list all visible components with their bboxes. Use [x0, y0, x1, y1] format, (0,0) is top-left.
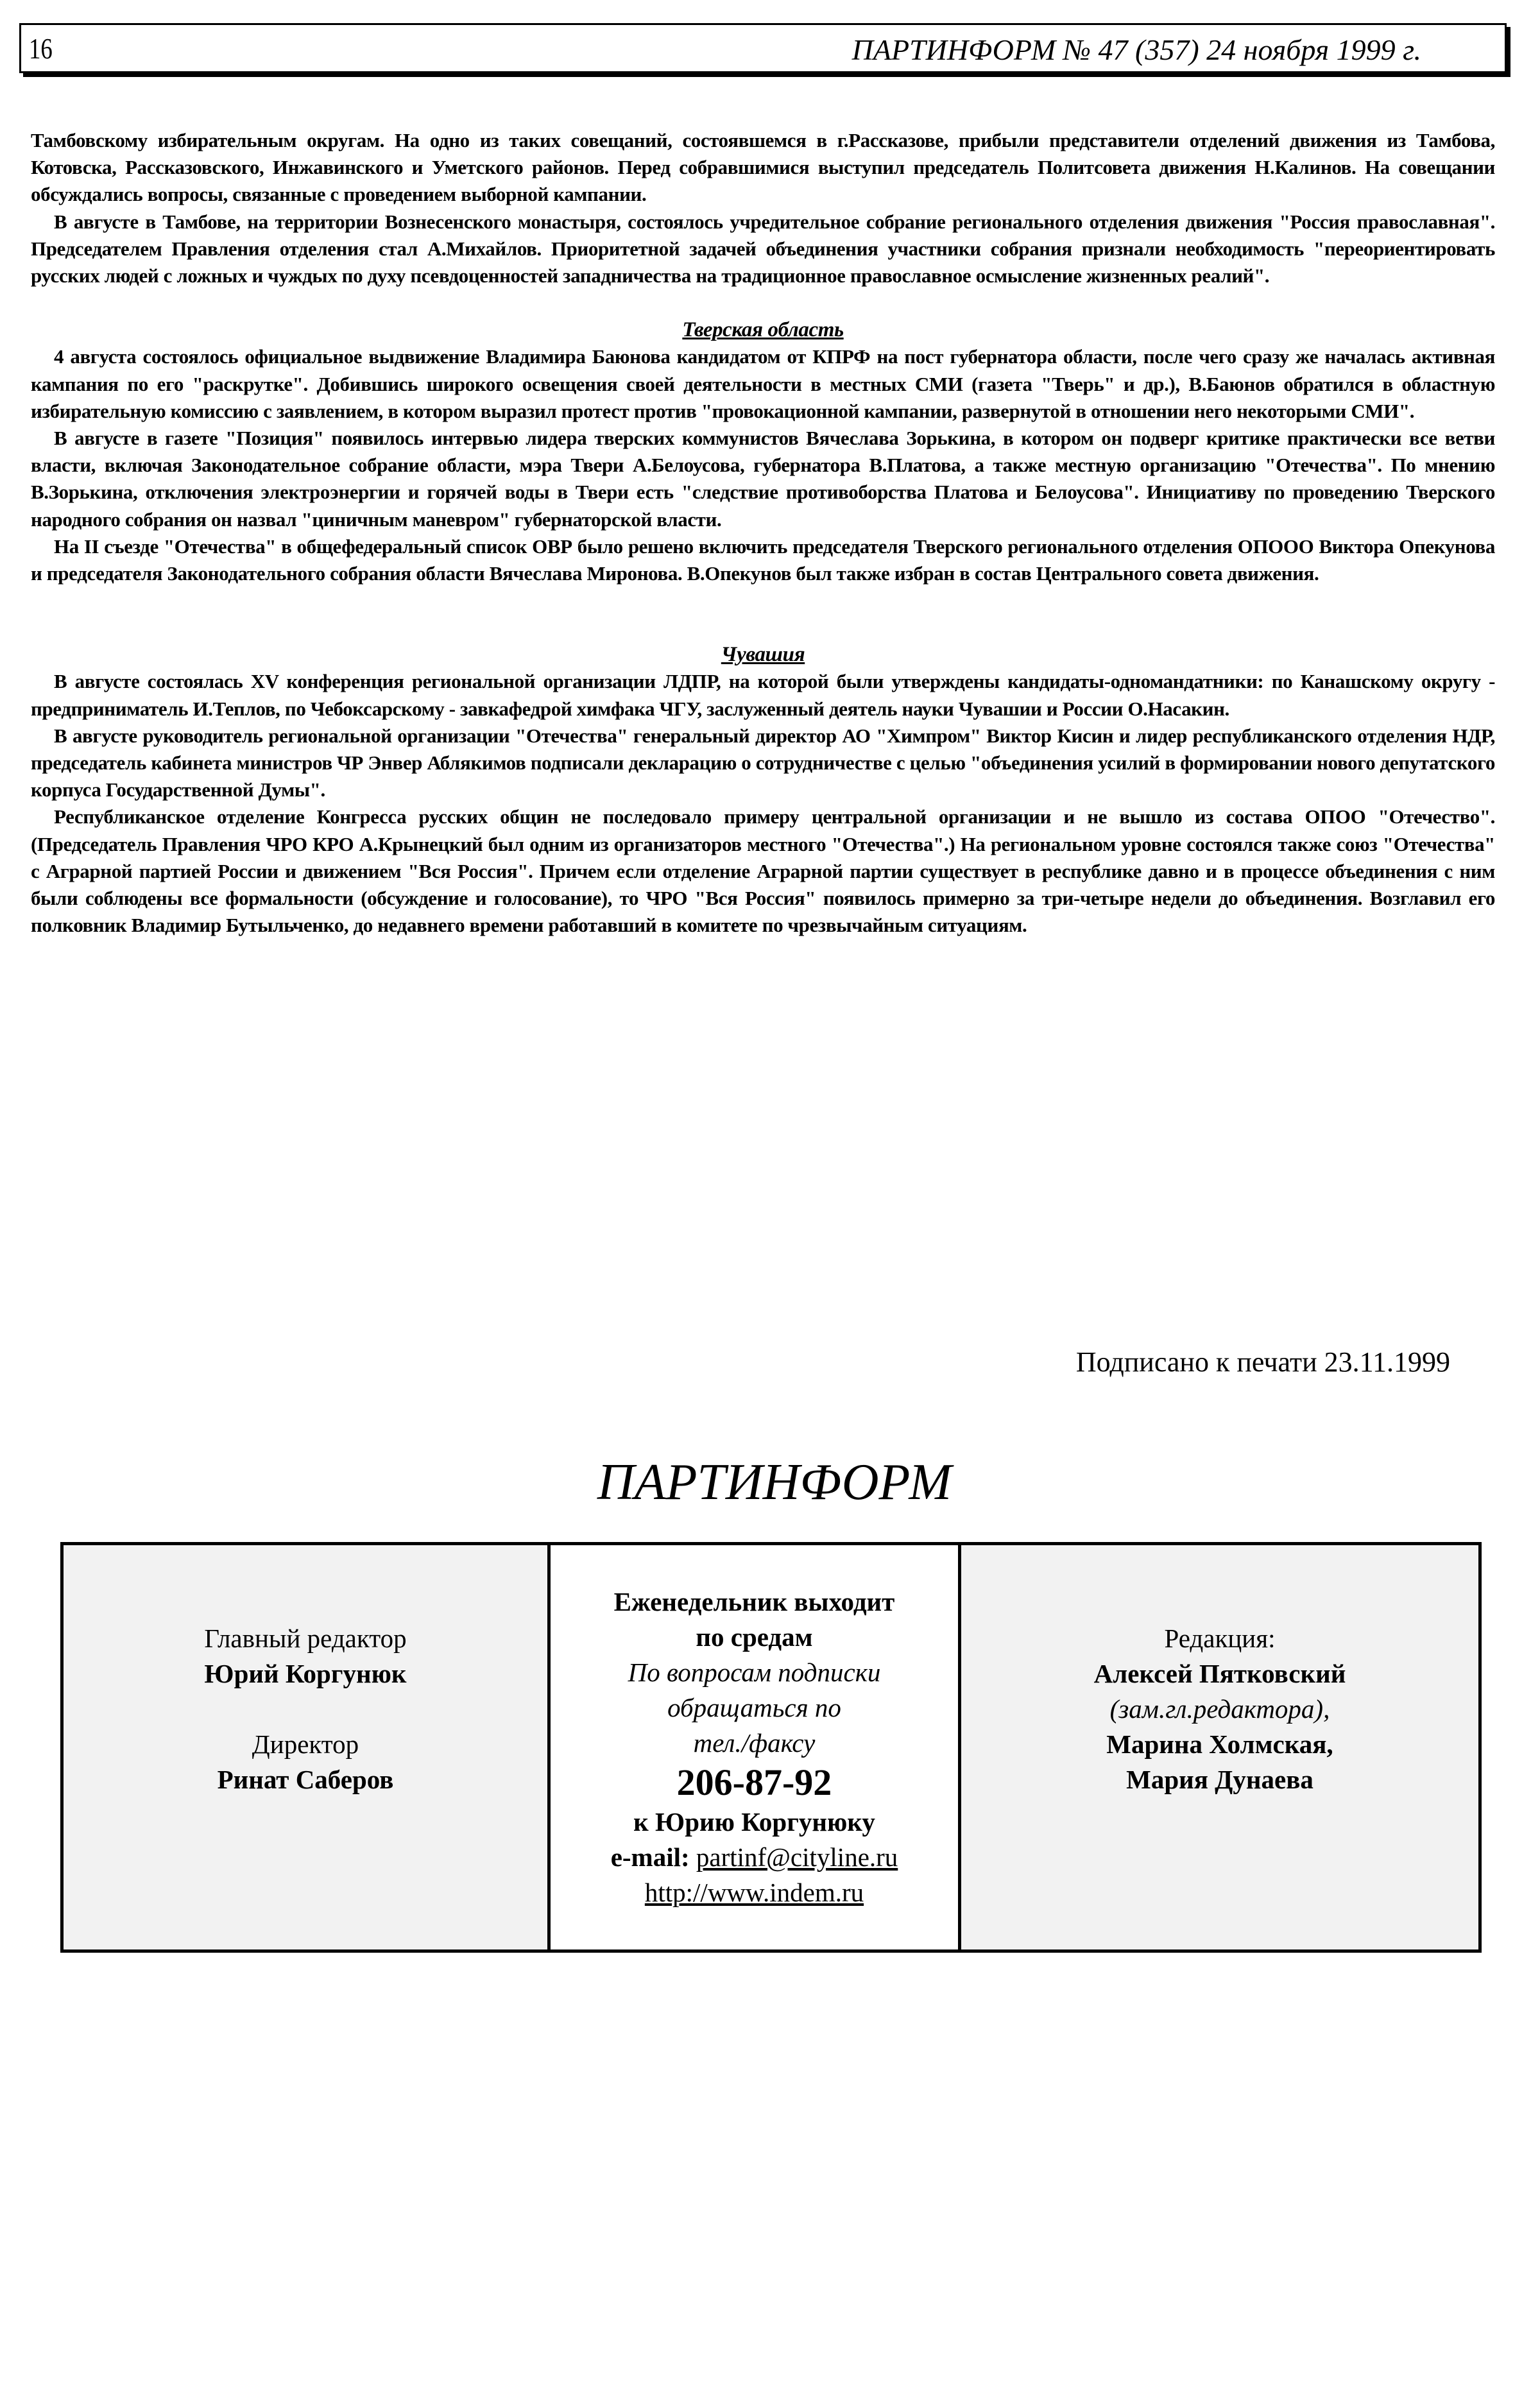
- schedule-line1: Еженедельник выходит: [614, 1584, 895, 1620]
- issue-title: ПАРТИНФОРМ № 47 (357) 24 ноября 1999 г.: [852, 33, 1421, 67]
- schedule-line2: по средам: [696, 1620, 812, 1655]
- paragraph: 4 августа состоялось официальное выдвиже…: [31, 343, 1495, 425]
- imprint-editors-cell: Главный редактор Юрий Коргунюк Директор …: [64, 1545, 551, 1949]
- imprint-staff-cell: Редакция: Алексей Пятковский (зам.гл.ред…: [961, 1545, 1478, 1949]
- chief-editor-label: Главный редактор: [204, 1621, 406, 1656]
- article-body: Тамбовскому избирательным округам. На од…: [31, 127, 1495, 939]
- signed-to-print: Подписано к печати 23.11.1999: [1076, 1346, 1450, 1378]
- masthead-brand: ПАРТИНФОРМ: [0, 1453, 1540, 1512]
- section-heading-chuvashia: Чувашия: [31, 641, 1495, 668]
- staff-name-2: Марина Холмская,: [1094, 1727, 1346, 1762]
- page-number: 16: [29, 31, 53, 65]
- email-label: e-mail:: [611, 1842, 690, 1872]
- page-header: 16 ПАРТИНФОРМ № 47 (357) 24 ноября 1999 …: [19, 23, 1507, 73]
- paragraph: На II съезде "Отечества" в общефедеральн…: [31, 533, 1495, 587]
- subscription-note1: По вопросам подписки: [628, 1655, 881, 1690]
- imprint-contact-cell: Еженедельник выходит по средам По вопрос…: [551, 1545, 961, 1949]
- chief-editor-name: Юрий Коргунюк: [204, 1656, 406, 1692]
- contact-person: к Юрию Коргунюку: [633, 1804, 875, 1840]
- paragraph: В августе состоялась XV конференция реги…: [31, 668, 1495, 722]
- paragraph: Республиканское отделение Конгресса русс…: [31, 803, 1495, 939]
- imprint-table: Главный редактор Юрий Коргунюк Директор …: [60, 1542, 1482, 1953]
- website-link[interactable]: http://www.indem.ru: [645, 1878, 864, 1907]
- staff-note-1: (зам.гл.редактора),: [1094, 1692, 1346, 1727]
- editorial-label: Редакция:: [1094, 1621, 1346, 1656]
- subscription-note3: тел./факсу: [694, 1726, 816, 1761]
- paragraph: В августе в газете "Позиция" появилось и…: [31, 425, 1495, 533]
- paragraph: Тамбовскому избирательным округам. На од…: [31, 127, 1495, 209]
- section-heading-tver: Тверская область: [31, 316, 1495, 343]
- paragraph: В августе в Тамбове, на территории Возне…: [31, 209, 1495, 290]
- subscription-note2: обращаться по: [667, 1690, 841, 1726]
- paragraph: В августе руководитель региональной орга…: [31, 723, 1495, 804]
- director-name: Ринат Саберов: [204, 1762, 406, 1797]
- staff-name-3: Мария Дунаева: [1094, 1762, 1346, 1797]
- email-row: e-mail: partinf@cityline.ru: [611, 1840, 898, 1875]
- staff-name-1: Алексей Пятковский: [1094, 1656, 1346, 1692]
- email-link[interactable]: partinf@cityline.ru: [696, 1842, 898, 1872]
- director-label: Директор: [204, 1727, 406, 1762]
- phone-number: 206-87-92: [677, 1761, 832, 1804]
